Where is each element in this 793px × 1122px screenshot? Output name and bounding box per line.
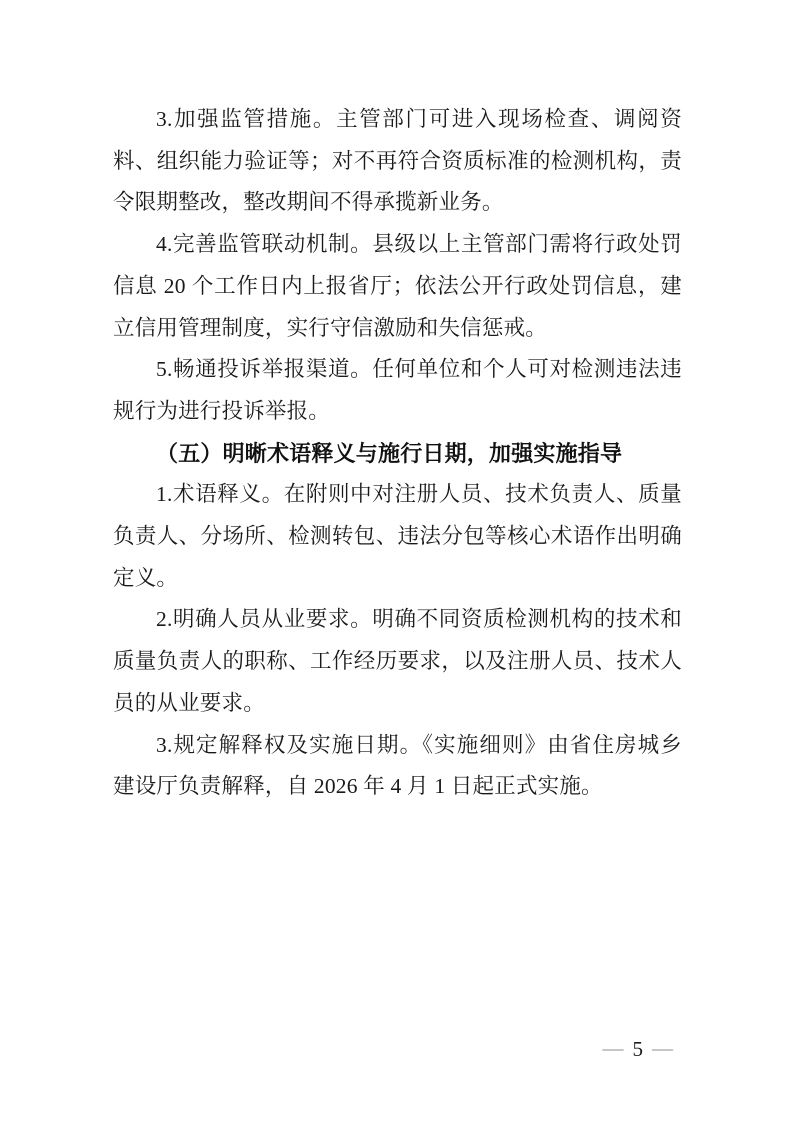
document-page: 3.加强监管措施。主管部门可进入现场检查、调阅资料、组织能力验证等；对不再符合资… [0,0,793,1122]
paragraph-interpretation-date: 3.规定解释权及实施日期。《实施细则》由省住房城乡建设厅负责解释，自 2026 … [113,725,682,808]
page-number: — 5 — [603,1036,674,1062]
paragraph-supervision-measures: 3.加强监管措施。主管部门可进入现场检查、调阅资料、组织能力验证等；对不再符合资… [113,99,682,224]
paragraph-complaint-channel: 5.畅通投诉举报渠道。任何单位和个人可对检测违法违规行为进行投诉举报。 [113,349,682,432]
section-heading: （五）明晰术语释义与施行日期，加强实施指导 [113,433,682,475]
paragraph-term-definitions: 1.术语释义。在附则中对注册人员、技术负责人、质量负责人、分场所、检测转包、违法… [113,474,682,599]
page-number-dash-left: — [603,1035,624,1061]
page-number-value: 5 [633,1036,644,1062]
paragraph-supervision-linkage: 4.完善监管联动机制。县级以上主管部门需将行政处罚信息 20 个工作日内上报省厅… [113,224,682,349]
document-body: 3.加强监管措施。主管部门可进入现场检查、调阅资料、组织能力验证等；对不再符合资… [113,99,682,808]
paragraph-personnel-requirements: 2.明确人员从业要求。明确不同资质检测机构的技术和质量负责人的职称、工作经历要求… [113,599,682,724]
page-number-dash-right: — [652,1035,673,1061]
